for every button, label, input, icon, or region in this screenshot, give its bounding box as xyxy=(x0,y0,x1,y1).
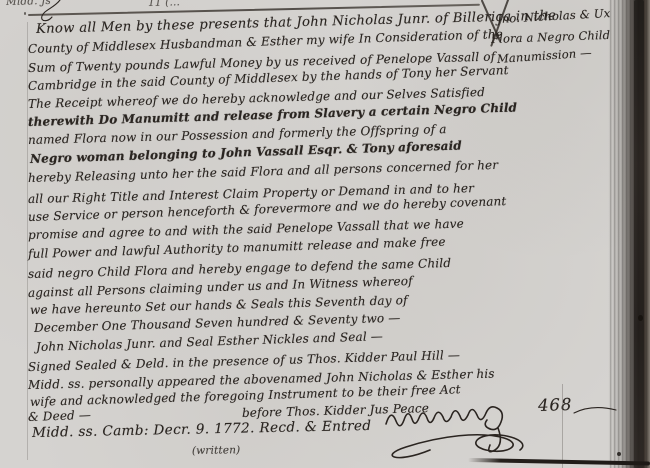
margin-note-subject: Flora a Negro Child xyxy=(491,28,611,46)
ink-speck xyxy=(617,452,621,456)
page-number: 468 xyxy=(538,395,573,415)
margin-note-doc-type: Manumission — xyxy=(497,45,593,66)
deed-closing: & Deed — xyxy=(28,408,91,424)
book-gutter-core xyxy=(634,0,644,468)
paper-crease xyxy=(562,384,563,468)
written-note: (written) xyxy=(192,444,241,457)
header-fragment-center: 11 (… xyxy=(148,0,180,9)
ink-speck xyxy=(24,12,26,15)
ink-speck xyxy=(638,315,643,321)
manuscript-page: Midd. Js 11 (… Jno. Nicholas & Ux Flora … xyxy=(0,0,650,468)
